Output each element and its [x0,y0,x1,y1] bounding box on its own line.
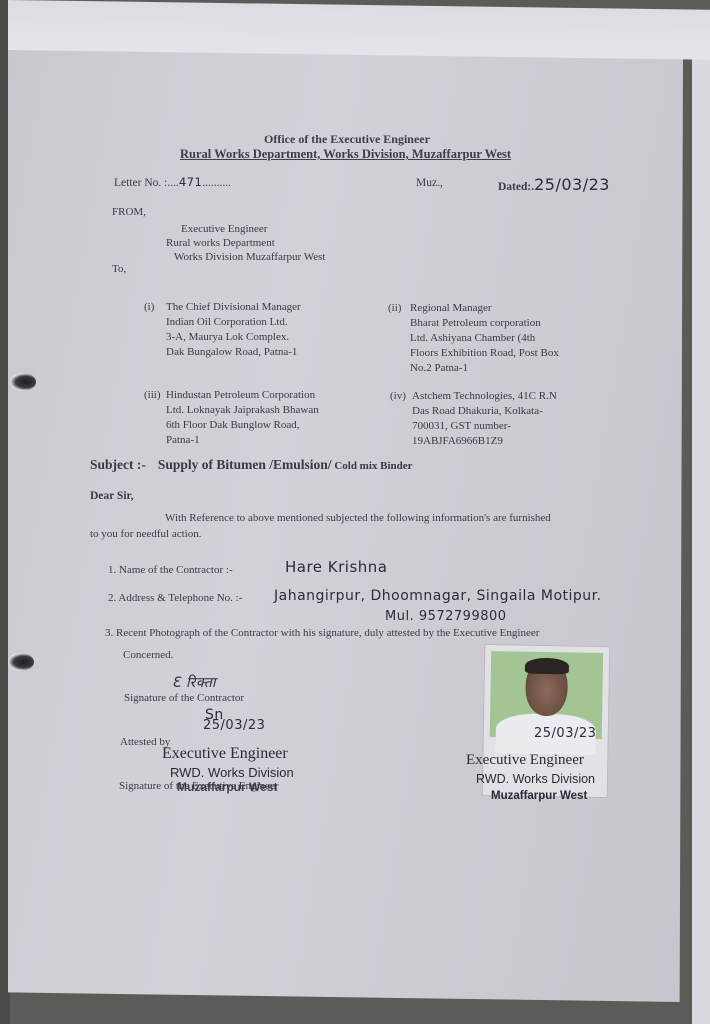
stamp-left-division: RWD. Works Division [170,765,294,780]
contractor-signature: Ɛ रिक्ता [172,673,216,692]
office-title: Office of the Executive Engineer [264,132,430,147]
body-paragraph: With Reference to above mentioned subjec… [165,512,551,524]
from-address: Executive Engineer Rural works Departmen… [166,222,326,264]
letter-number: Letter No. :....471.......... [114,175,231,189]
date-field: Dated:.25/03/23 [498,175,610,194]
stamp-right-division: RWD. Works Division [476,772,595,786]
item-address-value: Jahangirpur, Dhoomnagar, Singaila Motipu… [274,588,602,604]
recipient-4: (iv)Astchem Technologies, 41C R.N Das Ro… [390,389,557,449]
date-value: 25/03/23 [534,175,610,194]
subject-line: Subject :-Supply of Bitumen /Emulsion/ C… [90,457,413,473]
letter-number-value: 471 [179,175,202,189]
item-contractor-name-label: 1. Name of the Contractor :- [108,564,233,576]
recipient-3: (iii)Hindustan Petroleum Corporation Ltd… [144,388,319,448]
stamp-left-location: Muzaffarpur West [177,780,277,794]
item-address-label: 2. Address & Telephone No. :- [108,592,242,604]
attestation-date: 25/03/23 [203,718,265,733]
stamp-right-location: Muzaffarpur West [491,790,587,802]
photo-attestation-date: 25/03/23 [534,726,596,741]
stamp-left-title: Executive Engineer [162,745,288,763]
place-label: Muz., [416,177,443,189]
concerned-label: Concerned. [123,649,173,661]
item-photograph-label: 3. Recent Photograph of the Contractor w… [105,627,539,639]
item-telephone-value: Mul. 9572799800 [385,609,507,624]
from-label: FROM, [112,206,146,218]
stamp-right-title: Executive Engineer [466,752,584,769]
salutation: Dear Sir, [90,490,133,502]
department-title: Rural Works Department, Works Division, … [180,147,511,162]
body-paragraph-cont: to you for needful action. [90,528,202,540]
recipient-2: (ii)Regional Manager Bharat Petroleum co… [388,301,559,376]
contractor-signature-label: Signature of the Contractor [124,692,244,704]
recipient-1: (i)The Chief Divisional Manager Indian O… [144,300,301,360]
letter-document: Office of the Executive Engineer Rural W… [0,0,710,1024]
to-label: To, [112,263,126,275]
item-contractor-name-value: Hare Krishna [285,558,388,576]
